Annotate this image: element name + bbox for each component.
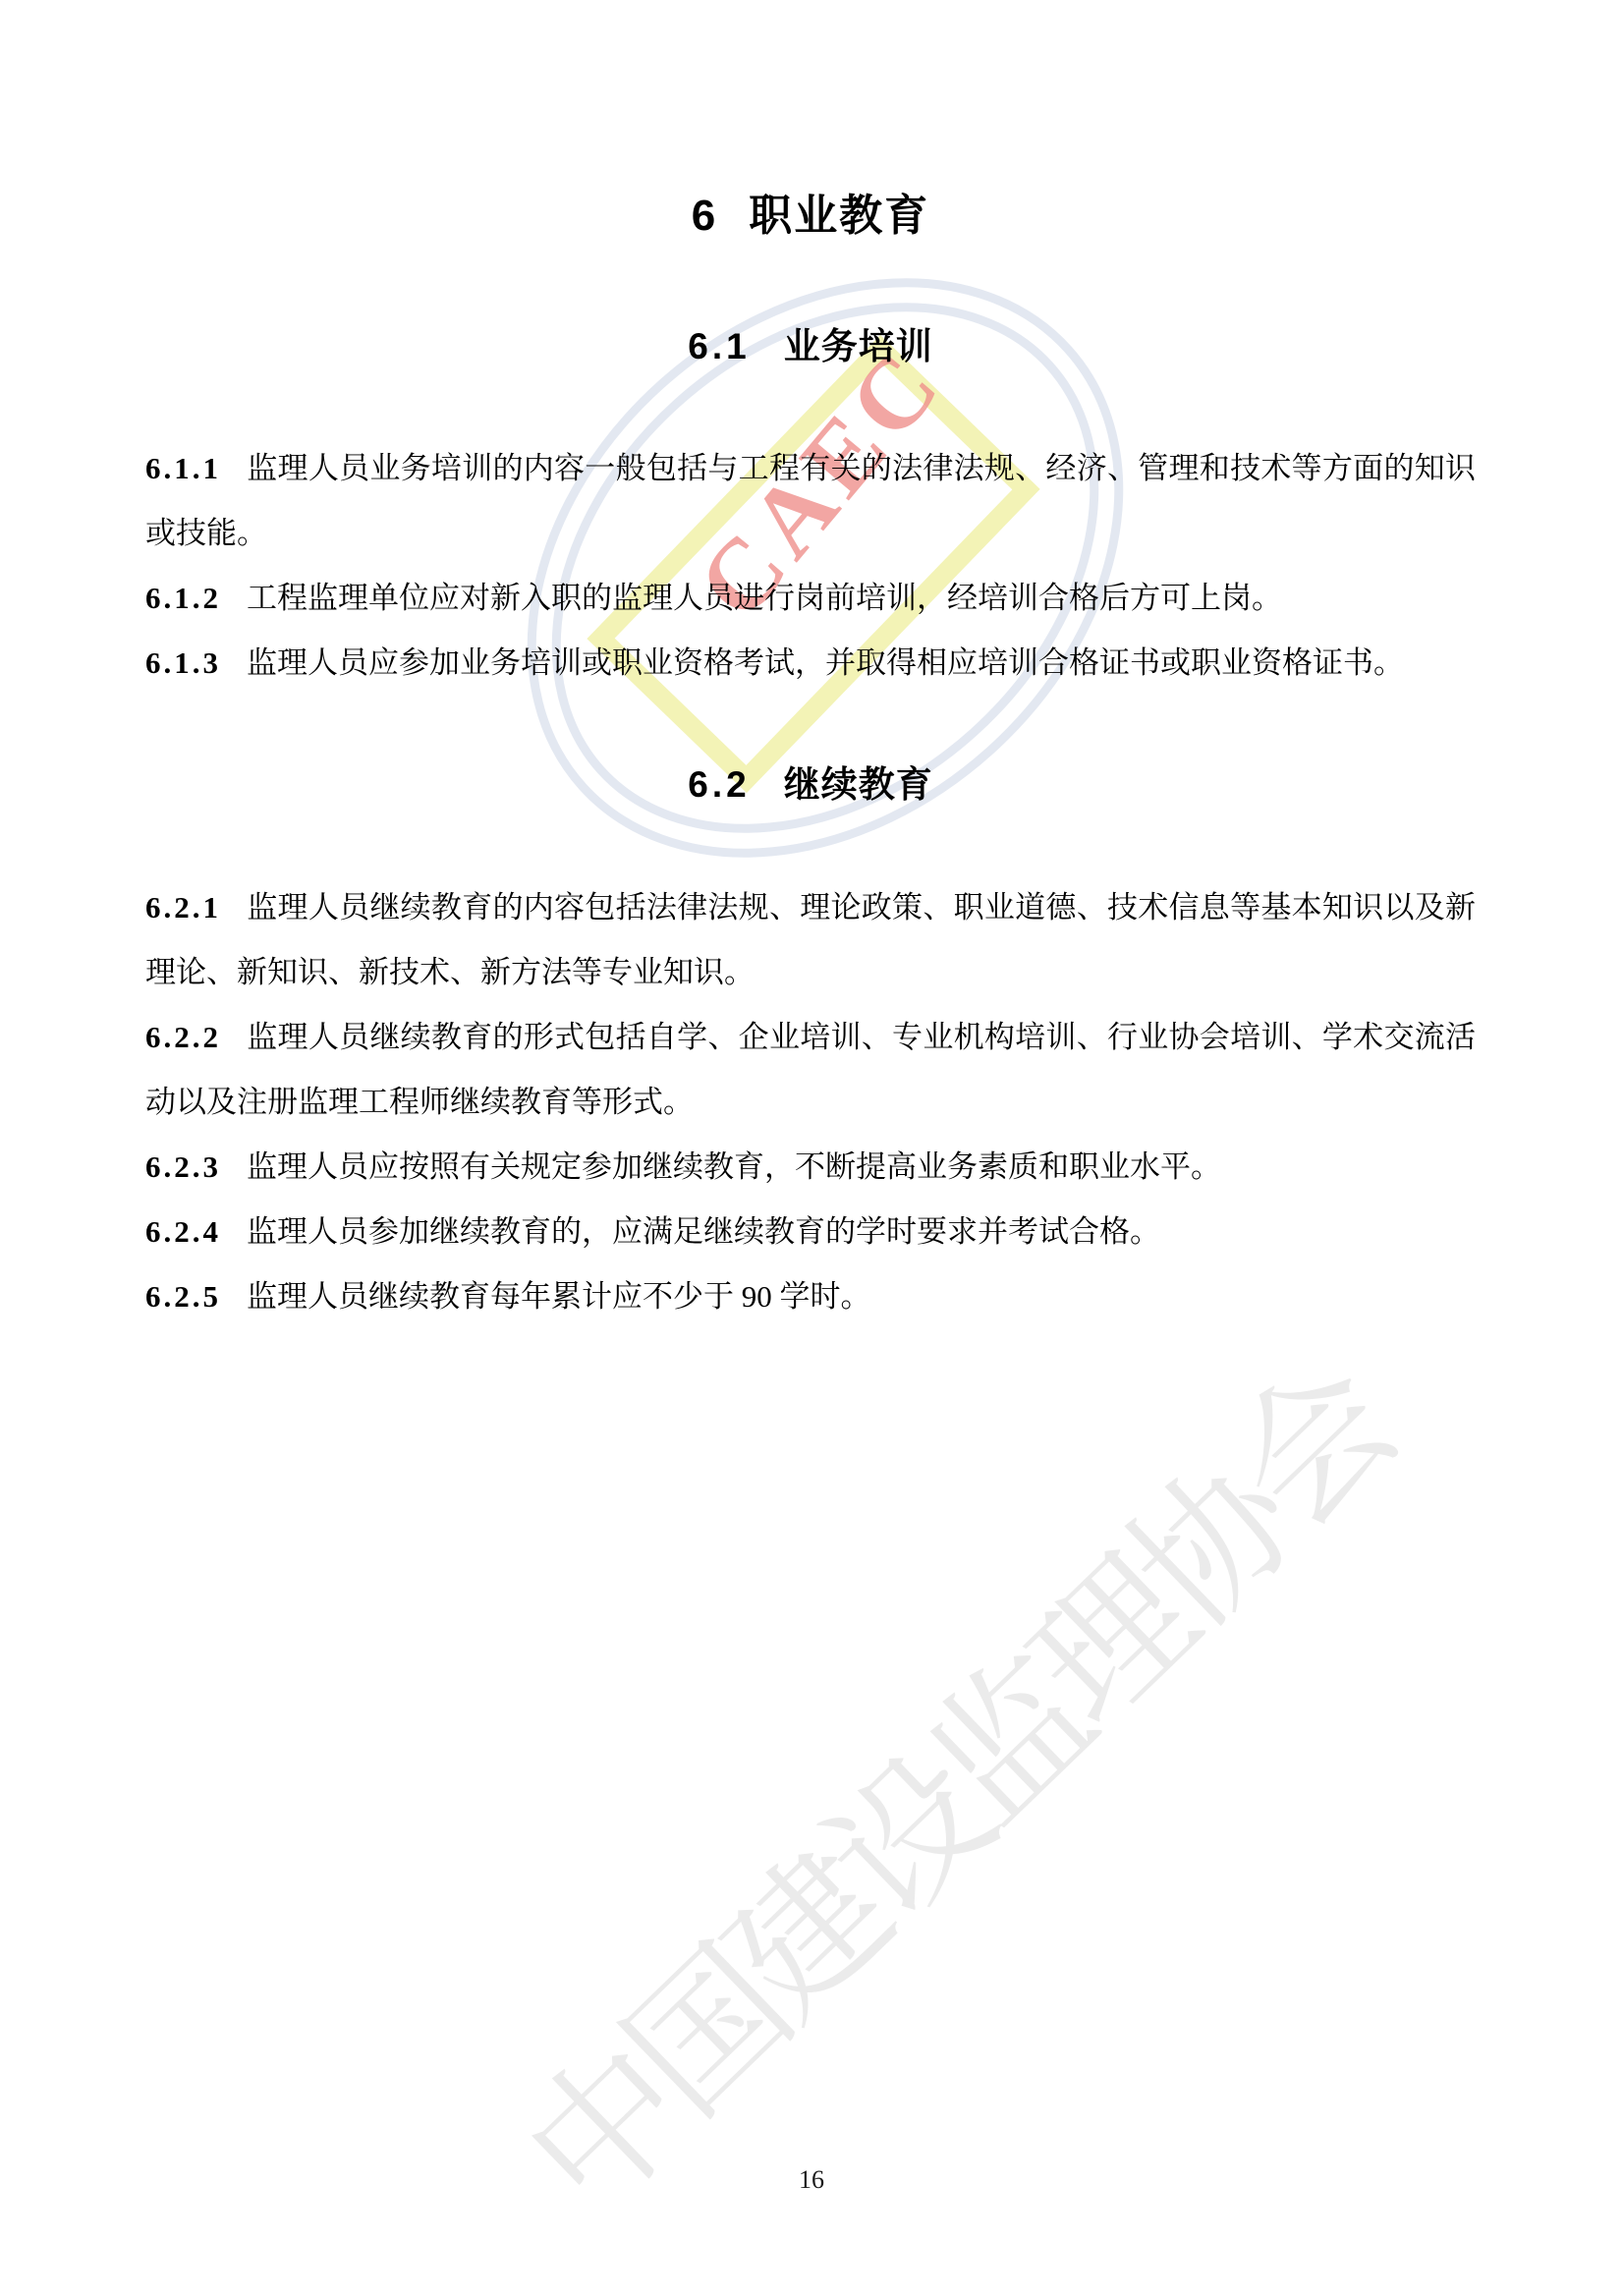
section-number: 6.2 <box>688 764 750 805</box>
clause-text: 监理人员继续教育的形式包括自学、企业培训、专业机构培训、行业协会培训、学术交流活… <box>145 1020 1476 1119</box>
clause-text: 监理人员应参加业务培训或职业资格考试，并取得相应培训合格证书或职业资格证书。 <box>247 645 1404 680</box>
clause-number: 6.1.3 <box>145 645 221 680</box>
document-page: CAEC 中国建设监理协会 6职业教育 6.1业务培训 6.1.1监理人员业务培… <box>0 0 1623 2296</box>
section-number: 6.1 <box>688 326 750 366</box>
clause-6-2-2: 6.2.2监理人员继续教育的形式包括自学、企业培训、专业机构培训、行业协会培训、… <box>145 1005 1476 1135</box>
clause-number: 6.2.5 <box>145 1279 221 1314</box>
section-title: 业务培训 <box>784 326 933 366</box>
clause-6-2-3: 6.2.3监理人员应按照有关规定参加继续教育，不断提高业务素质和职业水平。 <box>145 1135 1476 1200</box>
section-6-1-clauses: 6.1.1监理人员业务培训的内容一般包括与工程有关的法律法规、经济、管理和技术等… <box>145 436 1476 696</box>
section-heading-6-2: 6.2继续教育 <box>145 765 1476 805</box>
clause-text: 监理人员继续教育的内容包括法律法规、理论政策、职业道德、技术信息等基本知识以及新… <box>145 890 1476 989</box>
clause-6-1-1: 6.1.1监理人员业务培训的内容一般包括与工程有关的法律法规、经济、管理和技术等… <box>145 436 1476 566</box>
clause-6-2-4: 6.2.4监理人员参加继续教育的，应满足继续教育的学时要求并考试合格。 <box>145 1200 1476 1264</box>
clause-text: 监理人员应按照有关规定参加继续教育，不断提高业务素质和职业水平。 <box>247 1149 1221 1184</box>
clause-6-2-5: 6.2.5监理人员继续教育每年累计应不少于 90 学时。 <box>145 1264 1476 1329</box>
association-name-watermark: 中国建设监理协会 <box>469 1314 1428 2251</box>
clause-number: 6.1.1 <box>145 451 221 485</box>
chapter-title: 职业教育 <box>749 192 929 240</box>
clause-text: 监理人员参加继续教育的，应满足继续教育的学时要求并考试合格。 <box>247 1214 1160 1249</box>
clause-number: 6.1.2 <box>145 581 221 615</box>
clause-text: 监理人员继续教育每年累计应不少于 90 学时。 <box>247 1279 871 1314</box>
page-number: 16 <box>0 2165 1623 2195</box>
clause-number: 6.2.1 <box>145 890 221 924</box>
clause-number: 6.2.4 <box>145 1214 221 1249</box>
section-heading-6-1: 6.1业务培训 <box>145 327 1476 366</box>
page-content: 6职业教育 6.1业务培训 6.1.1监理人员业务培训的内容一般包括与工程有关的… <box>0 0 1623 1329</box>
clause-text: 工程监理单位应对新入职的监理人员进行岗前培训，经培训合格后方可上岗。 <box>247 581 1282 615</box>
clause-text: 监理人员业务培训的内容一般包括与工程有关的法律法规、经济、管理和技术等方面的知识… <box>145 451 1476 550</box>
clause-6-2-1: 6.2.1监理人员继续教育的内容包括法律法规、理论政策、职业道德、技术信息等基本… <box>145 875 1476 1005</box>
clause-6-1-2: 6.1.2工程监理单位应对新入职的监理人员进行岗前培训，经培训合格后方可上岗。 <box>145 566 1476 631</box>
chapter-heading: 6职业教育 <box>145 192 1476 241</box>
chapter-number: 6 <box>692 192 717 240</box>
clause-number: 6.2.3 <box>145 1149 221 1184</box>
section-title: 继续教育 <box>784 764 933 805</box>
clause-6-1-3: 6.1.3监理人员应参加业务培训或职业资格考试，并取得相应培训合格证书或职业资格… <box>145 631 1476 696</box>
section-6-2-clauses: 6.2.1监理人员继续教育的内容包括法律法规、理论政策、职业道德、技术信息等基本… <box>145 875 1476 1329</box>
clause-number: 6.2.2 <box>145 1020 221 1054</box>
